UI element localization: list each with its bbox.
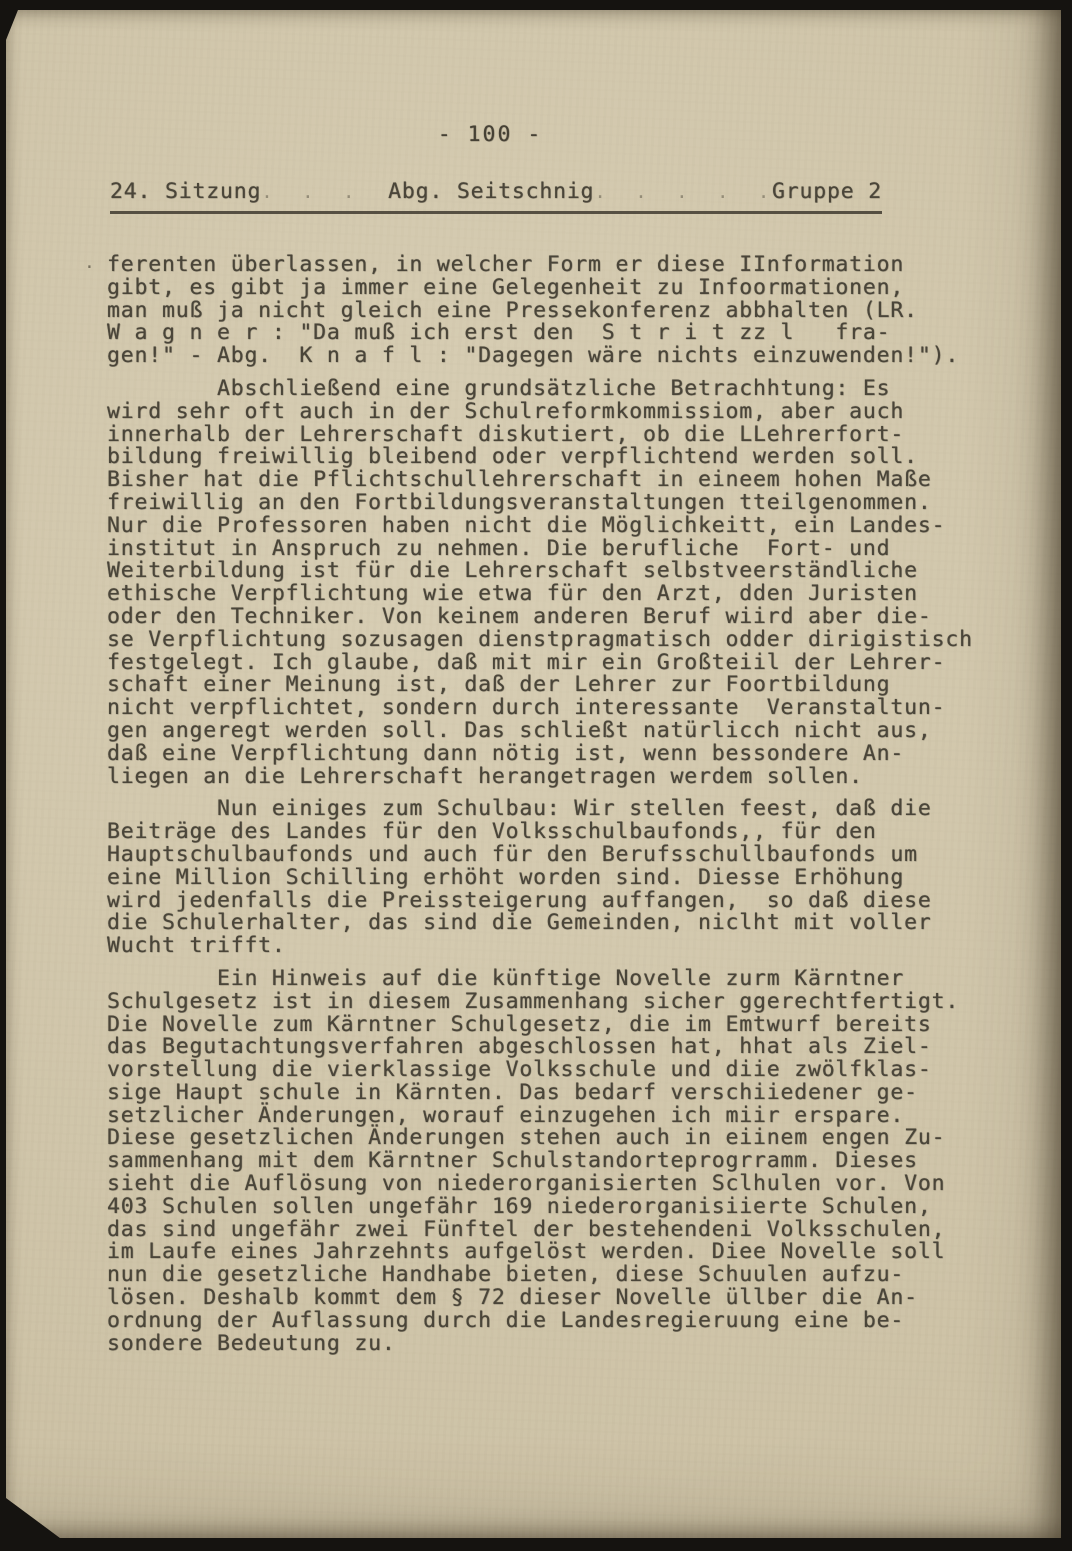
leader-dots-left: . . . . . — [261, 181, 388, 203]
body-text: ferenten überlassen, in welcher Form er … — [107, 254, 1017, 1365]
group-label: Gruppe 2 — [772, 179, 882, 204]
paper-sheet: - 100 - 24. Sitzung . . . . . Abg. Seits… — [6, 10, 1061, 1538]
leader-dots-right: . . . . . . . — [594, 181, 772, 203]
session-number: 24. Sitzung — [110, 179, 261, 204]
speaker-name: Abg. Seitschnig — [388, 179, 594, 204]
stray-ink-mark: · — [84, 257, 95, 278]
paragraph: Abschließend eine grundsätzliche Betrach… — [107, 378, 1017, 788]
paragraph: Ein Hinweis auf die künftige Novelle zur… — [107, 968, 1017, 1356]
paragraph: ferenten überlassen, in welcher Form er … — [107, 254, 1017, 368]
scanned-page: { "page_number": "- 100 -", "session_hea… — [0, 0, 1072, 1551]
page-number: - 100 - — [106, 122, 874, 147]
paragraph: Nun einiges zum Schulbau: Wir stellen fe… — [107, 798, 1017, 958]
session-header: 24. Sitzung . . . . . Abg. Seitschnig . … — [110, 179, 882, 214]
